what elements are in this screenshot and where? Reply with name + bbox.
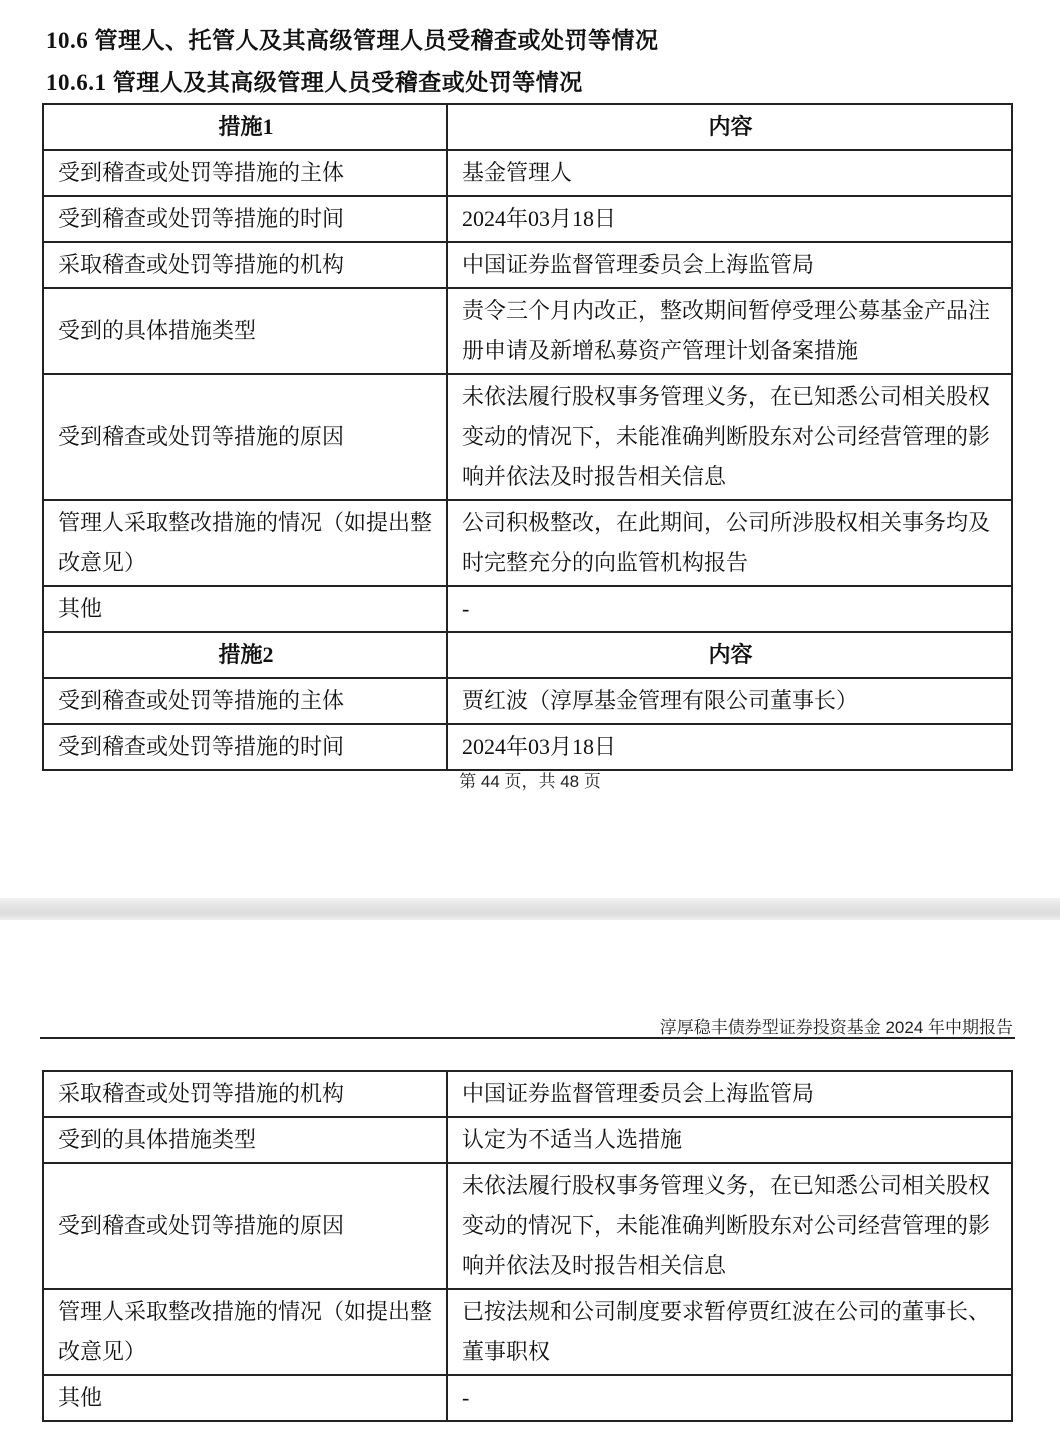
- header-rule: [40, 1037, 1015, 1039]
- row-value: 未依法履行股权事务管理义务，在已知悉公司相关股权变动的情况下，未能准确判断股东对…: [447, 374, 1012, 500]
- row-value: 认定为不适当人选措施: [447, 1117, 1012, 1163]
- row-value: 中国证券监督管理委员会上海监管局: [447, 1071, 1012, 1117]
- row-label: 受到稽查或处罚等措施的时间: [43, 724, 447, 770]
- row-label: 管理人采取整改措施的情况（如提出整改意见）: [43, 1289, 447, 1375]
- row-label: 受到稽查或处罚等措施的时间: [43, 196, 447, 242]
- table-row: 管理人采取整改措施的情况（如提出整改意见） 已按法规和公司制度要求暂停贾红波在公…: [43, 1289, 1012, 1375]
- table-row: 受到稽查或处罚等措施的时间 2024年03月18日: [43, 196, 1012, 242]
- row-value: -: [447, 1375, 1012, 1421]
- document-page-45: 淳厚稳丰债券型证券投资基金 2024 年中期报告 采取稽查或处罚等措施的机构 中…: [0, 920, 1060, 1451]
- row-value: 基金管理人: [447, 150, 1012, 196]
- table-row: 受到稽查或处罚等措施的原因 未依法履行股权事务管理义务，在已知悉公司相关股权变动…: [43, 374, 1012, 500]
- table-row: 管理人采取整改措施的情况（如提出整改意见） 公司积极整改，在此期间，公司所涉股权…: [43, 500, 1012, 586]
- header-content: 内容: [447, 632, 1012, 678]
- row-label: 受到的具体措施类型: [43, 1117, 447, 1163]
- row-label: 采取稽查或处罚等措施的机构: [43, 242, 447, 288]
- table-header-measure2: 措施2 内容: [43, 632, 1012, 678]
- row-label: 其他: [43, 1375, 447, 1421]
- row-value: 公司积极整改，在此期间，公司所涉股权相关事务均及时完整充分的向监管机构报告: [447, 500, 1012, 586]
- table-row: 受到稽查或处罚等措施的原因 未依法履行股权事务管理义务，在已知悉公司相关股权变动…: [43, 1163, 1012, 1289]
- row-label: 受到稽查或处罚等措施的主体: [43, 150, 447, 196]
- table-row: 受到稽查或处罚等措施的主体 基金管理人: [43, 150, 1012, 196]
- row-value: 已按法规和公司制度要求暂停贾红波在公司的董事长、董事职权: [447, 1289, 1012, 1375]
- table-row: 受到的具体措施类型 认定为不适当人选措施: [43, 1117, 1012, 1163]
- running-header: 淳厚稳丰债券型证券投资基金 2024 年中期报告: [660, 1013, 1013, 1038]
- page-number-footer: 第 44 页，共 48 页: [0, 767, 1060, 792]
- row-label: 受到稽查或处罚等措施的主体: [43, 678, 447, 724]
- table-row: 受到稽查或处罚等措施的时间 2024年03月18日: [43, 724, 1012, 770]
- row-label: 受到稽查或处罚等措施的原因: [43, 374, 447, 500]
- row-label: 采取稽查或处罚等措施的机构: [43, 1071, 447, 1117]
- table-row: 采取稽查或处罚等措施的机构 中国证券监督管理委员会上海监管局: [43, 1071, 1012, 1117]
- row-value: 2024年03月18日: [447, 724, 1012, 770]
- sanctions-table-page2: 采取稽查或处罚等措施的机构 中国证券监督管理委员会上海监管局 受到的具体措施类型…: [42, 1070, 1013, 1422]
- table-row: 受到的具体措施类型 责令三个月内改正，整改期间暂停受理公募基金产品注册申请及新增…: [43, 288, 1012, 374]
- row-value: 责令三个月内改正，整改期间暂停受理公募基金产品注册申请及新增私募资产管理计划备案…: [447, 288, 1012, 374]
- row-value: 2024年03月18日: [447, 196, 1012, 242]
- document-page-44: 10.6 管理人、托管人及其高级管理人员受稽查或处罚等情况 10.6.1 管理人…: [0, 0, 1060, 898]
- header-content: 内容: [447, 104, 1012, 150]
- row-value: 贾红波（淳厚基金管理有限公司董事长）: [447, 678, 1012, 724]
- row-value: -: [447, 586, 1012, 632]
- table-row: 其他 -: [43, 586, 1012, 632]
- sanctions-table-page1: 措施1 内容 受到稽查或处罚等措施的主体 基金管理人 受到稽查或处罚等措施的时间…: [42, 103, 1013, 771]
- table-header-measure1: 措施1 内容: [43, 104, 1012, 150]
- row-value: 中国证券监督管理委员会上海监管局: [447, 242, 1012, 288]
- row-value: 未依法履行股权事务管理义务，在已知悉公司相关股权变动的情况下，未能准确判断股东对…: [447, 1163, 1012, 1289]
- table-row: 受到稽查或处罚等措施的主体 贾红波（淳厚基金管理有限公司董事长）: [43, 678, 1012, 724]
- table-row: 采取稽查或处罚等措施的机构 中国证券监督管理委员会上海监管局: [43, 242, 1012, 288]
- row-label: 其他: [43, 586, 447, 632]
- page-divider: [0, 898, 1060, 920]
- row-label: 管理人采取整改措施的情况（如提出整改意见）: [43, 500, 447, 586]
- row-label: 受到稽查或处罚等措施的原因: [43, 1163, 447, 1289]
- row-label: 受到的具体措施类型: [43, 288, 447, 374]
- section-heading-10-6: 10.6 管理人、托管人及其高级管理人员受稽查或处罚等情况: [46, 22, 659, 55]
- header-measure2: 措施2: [43, 632, 447, 678]
- table-row: 其他 -: [43, 1375, 1012, 1421]
- section-heading-10-6-1: 10.6.1 管理人及其高级管理人员受稽查或处罚等情况: [46, 64, 583, 97]
- header-measure1: 措施1: [43, 104, 447, 150]
